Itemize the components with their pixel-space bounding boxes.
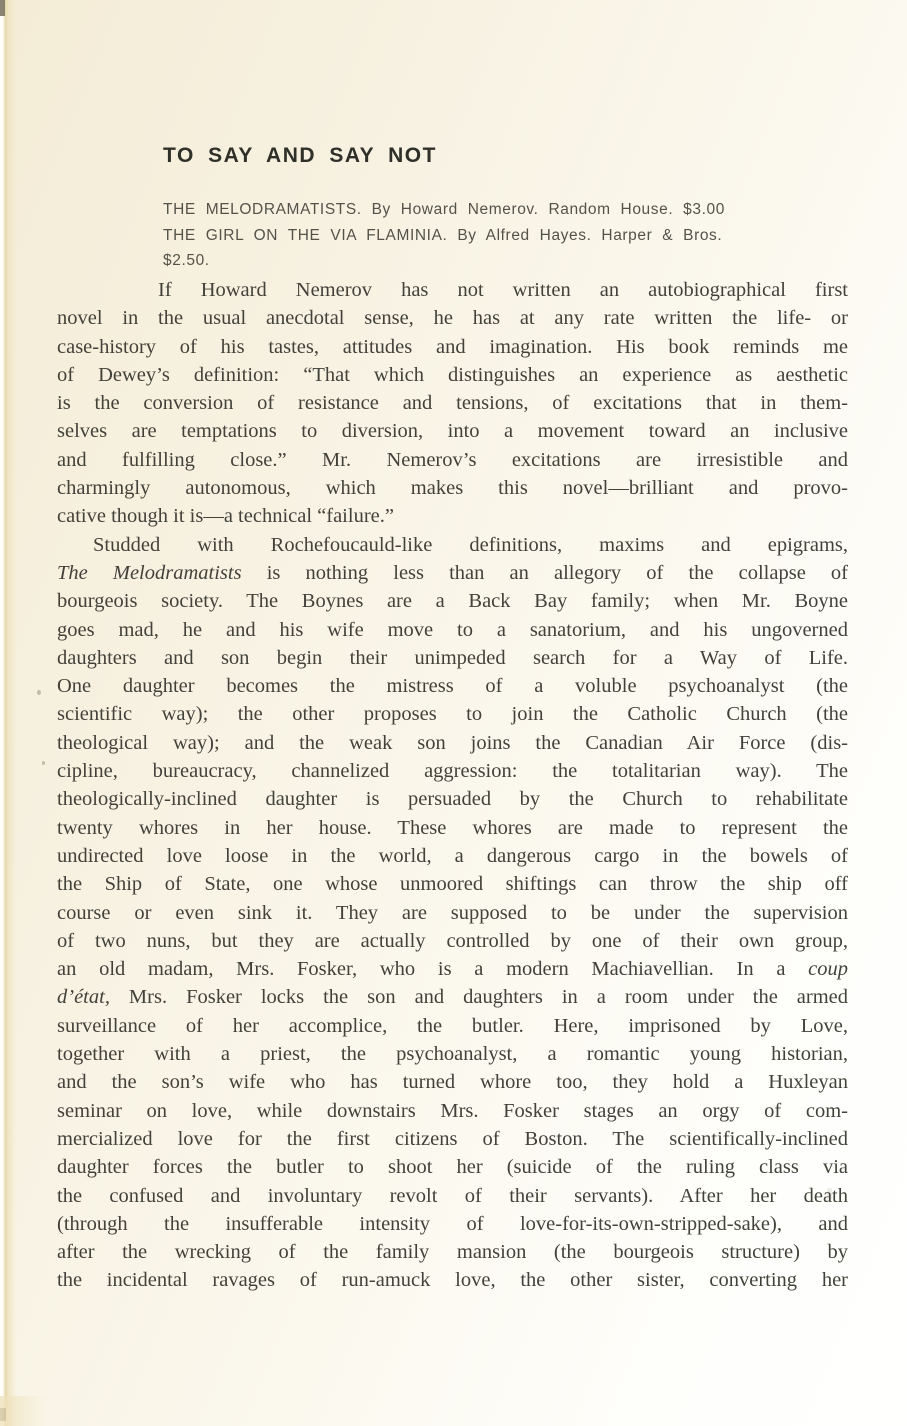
text-line: scientific way); the other proposes to j…	[57, 700, 848, 728]
text-run: of two nuns, but they are actually contr…	[57, 930, 848, 952]
text-line: the confused and involuntary revolt of t…	[57, 1182, 848, 1210]
text-run: scientific way); the other proposes to j…	[57, 703, 848, 725]
text-run: is nothing less than an allegory of the …	[242, 562, 848, 584]
text-line: case-history of his tastes, attitudes an…	[57, 333, 848, 361]
citation-line: THE MELODRAMATISTS. By Howard Nemerov. R…	[163, 197, 863, 223]
text-line: mercialized love for the first citizens …	[57, 1125, 848, 1153]
text-line: undirected love loose in the world, a da…	[57, 842, 848, 870]
text-line: d’état, Mrs. Fosker locks the son and da…	[57, 983, 848, 1011]
text-run: theologically-inclined daughter is persu…	[57, 788, 848, 810]
text-line: The Melodramatists is nothing less than …	[57, 559, 848, 587]
text-run: selves are temptations to diversion, int…	[57, 420, 848, 442]
text-line: and fulfilling close.” Mr. Nemerov’s exc…	[57, 446, 848, 474]
text-run: case-history of his tastes, attitudes an…	[57, 336, 848, 358]
text-run: an old madam, Mrs. Fosker, who is a mode…	[57, 958, 808, 980]
text-run: together with a priest, the psychoanalys…	[57, 1043, 848, 1065]
text-run: Mrs. Fosker locks the son and daughters …	[110, 986, 848, 1008]
page-edge-shading	[0, 1396, 46, 1426]
text-line: novel in the usual anecdotal sense, he h…	[57, 304, 848, 332]
text-run: after the wrecking of the family mansion…	[57, 1241, 848, 1263]
text-line: together with a priest, the psychoanalys…	[57, 1040, 848, 1068]
page-binding-edge	[0, 0, 16, 1426]
text-line: after the wrecking of the family mansion…	[57, 1238, 848, 1266]
text-line: of Dewey’s definition: “That which disti…	[57, 361, 848, 389]
scan-speck	[42, 761, 45, 765]
text-line: charmingly autonomous, which makes this …	[57, 474, 848, 502]
text-run: and the son’s wife who has turned whore …	[57, 1071, 848, 1093]
text-run: novel in the usual anecdotal sense, he h…	[57, 307, 848, 329]
italic-text-run: d’état,	[57, 986, 110, 1008]
text-line: of two nuns, but they are actually contr…	[57, 927, 848, 955]
text-run: surveillance of her accomplice, the butl…	[57, 1015, 848, 1037]
text-line: surveillance of her accomplice, the butl…	[57, 1012, 848, 1040]
text-run: daughters and son begin their unimpeded …	[57, 647, 848, 669]
text-run: twenty whores in her house. These whores…	[57, 817, 848, 839]
text-line: (through the insufferable intensity of l…	[57, 1210, 848, 1238]
text-run: One daughter becomes the mistress of a v…	[57, 675, 848, 697]
citation-line: $2.50.	[163, 248, 863, 274]
text-run: (through the insufferable intensity of l…	[57, 1213, 848, 1235]
text-run: theological way); and the weak son joins…	[57, 732, 848, 754]
text-line: cative though it is—a technical “failure…	[57, 502, 848, 530]
text-line: If Howard Nemerov has not written an aut…	[57, 276, 848, 304]
scan-mark-top-left	[0, 0, 5, 16]
text-line: twenty whores in her house. These whores…	[57, 814, 848, 842]
text-run: the confused and involuntary revolt of t…	[57, 1185, 848, 1207]
text-line: is the conversion of resistance and tens…	[57, 389, 848, 417]
text-run: the incidental ravages of run-amuck love…	[57, 1269, 848, 1291]
text-run: seminar on love, while downstairs Mrs. F…	[57, 1100, 848, 1122]
text-run: and fulfilling close.” Mr. Nemerov’s exc…	[57, 449, 848, 471]
text-run: cative though it is—a technical “failure…	[57, 505, 394, 527]
text-run: bourgeois society. The Boynes are a Back…	[57, 590, 848, 612]
text-run: course or even sink it. They are suppose…	[57, 902, 848, 924]
body-text: If Howard Nemerov has not written an aut…	[57, 276, 848, 1295]
text-line: the Ship of State, one whose unmoored sh…	[57, 870, 848, 898]
text-line: course or even sink it. They are suppose…	[57, 899, 848, 927]
text-run: the Ship of State, one whose unmoored sh…	[57, 873, 848, 895]
citation-block: THE MELODRAMATISTS. By Howard Nemerov. R…	[163, 197, 863, 274]
text-run: is the conversion of resistance and tens…	[57, 392, 848, 414]
text-line: cipline, bureaucracy, channelized aggres…	[57, 757, 848, 785]
page-title: TO SAY AND SAY NOT	[163, 144, 437, 168]
text-line: bourgeois society. The Boynes are a Back…	[57, 587, 848, 615]
text-line: theological way); and the weak son joins…	[57, 729, 848, 757]
italic-text-run: coup	[808, 958, 848, 980]
text-run: goes mad, he and his wife move to a sana…	[57, 619, 848, 641]
text-line: daughter forces the butler to shoot her …	[57, 1153, 848, 1181]
text-line: selves are temptations to diversion, int…	[57, 417, 848, 445]
paragraph: If Howard Nemerov has not written an aut…	[57, 276, 848, 531]
text-line: an old madam, Mrs. Fosker, who is a mode…	[57, 955, 848, 983]
text-run: Studded with Rochefoucauld-like definiti…	[93, 534, 848, 556]
text-line: and the son’s wife who has turned whore …	[57, 1068, 848, 1096]
scanned-book-page: TO SAY AND SAY NOT THE MELODRAMATISTS. B…	[0, 0, 907, 1426]
italic-text-run: The Melodramatists	[57, 562, 242, 584]
text-line: daughters and son begin their unimpeded …	[57, 644, 848, 672]
text-line: the incidental ravages of run-amuck love…	[57, 1266, 848, 1294]
text-line: seminar on love, while downstairs Mrs. F…	[57, 1097, 848, 1125]
text-run: If Howard Nemerov has not written an aut…	[158, 279, 848, 301]
citation-line: THE GIRL ON THE VIA FLAMINIA. By Alfred …	[163, 223, 863, 249]
text-line: One daughter becomes the mistress of a v…	[57, 672, 848, 700]
text-run: daughter forces the butler to shoot her …	[57, 1156, 848, 1178]
text-run: of Dewey’s definition: “That which disti…	[57, 364, 848, 386]
text-run: charmingly autonomous, which makes this …	[57, 477, 848, 499]
text-run: undirected love loose in the world, a da…	[57, 845, 848, 867]
paragraph: Studded with Rochefoucauld-like definiti…	[57, 531, 848, 1295]
text-line: goes mad, he and his wife move to a sana…	[57, 616, 848, 644]
text-line: Studded with Rochefoucauld-like definiti…	[57, 531, 848, 559]
text-run: mercialized love for the first citizens …	[57, 1128, 848, 1150]
text-line: theologically-inclined daughter is persu…	[57, 785, 848, 813]
text-run: cipline, bureaucracy, channelized aggres…	[57, 760, 848, 782]
scan-speck	[37, 690, 41, 695]
